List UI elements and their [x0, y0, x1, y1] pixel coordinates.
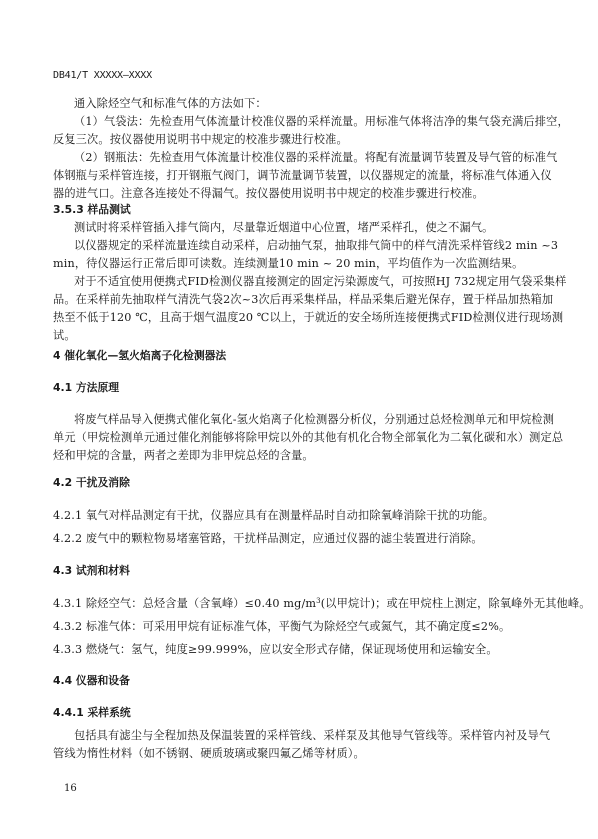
paragraph-line: 以仪器规定的采样流量连续自动采样，启动抽气泵，抽取排气筒中的样气清洗采样管线2 … — [74, 239, 550, 253]
paragraph-line: （1）气袋法：先检查用气体流量计校准仪器的采样流量。用标准气体将洁净的集气袋充满… — [74, 115, 550, 129]
document-id-header: DB41/T XXXXX—XXXX — [53, 70, 152, 81]
paragraph-line: 通入除烃空气和标准气体的方法如下： — [74, 97, 550, 111]
paragraph-line: 测试时将采样管插入排气筒内，尽量靠近烟道中心位置，堵严采样孔，使之不漏气。 — [74, 221, 550, 235]
paragraph-line: 将废气样品导入便携式催化氧化-氢火焰离子化检测器分析仪，分别通过总烃检测单元和甲… — [74, 413, 550, 427]
paragraph-line: 品。在采样前先抽取样气清洗气袋2次~3次后再采集样品，样品采集后避光保存，置于样… — [53, 293, 529, 307]
clause-4-2-2: 4.2.2 废气中的颗粒物易堵塞管路，干扰样品测定，应通过仪器的滤尘装置进行消除… — [53, 532, 529, 546]
paragraph-line: 体钢瓶与采样管连接，打开钢瓶气阀门，调节流量调节装置，以仪器规定的流量，将标准气… — [53, 169, 529, 183]
clause-4-3-3: 4.3.3 燃烧气：氢气，纯度≥99.999%，应以安全形式存储，保证现场使用和… — [53, 643, 529, 657]
paragraph-line: 管线为惰性材料（如不锈钢、硬质玻璃或聚四氟乙烯等材质）。 — [53, 747, 529, 761]
page-number: 16 — [64, 783, 77, 794]
paragraph-line: 反复三次。按仪器使用说明书中规定的校准步骤进行校准。 — [53, 133, 529, 147]
section-heading-3-5-3: 3.5.3 样品测试 — [53, 202, 131, 217]
section-heading-4-2: 4.2 干扰及消除 — [53, 475, 130, 490]
paragraph-line: 单元（甲烷检测单元通过催化剂能够将除甲烷以外的其他有机化合物全部氧化为二氧化碳和… — [53, 431, 529, 445]
clause-4-3-2: 4.3.2 标准气体：可采用甲烷有证标准气体，平衡气为除烃空气或氮气，其不确定度… — [53, 620, 529, 634]
section-heading-4-3: 4.3 试剂和材料 — [53, 563, 130, 578]
paragraph-line: 器的进气口。注意各连接处不得漏气。按仪器使用说明书中规定的校准步骤进行校准。 — [53, 187, 529, 201]
clause-4-2-1: 4.2.1 氧气对样品测定有干扰，仪器应具有在测量样品时自动扣除氧峰消除干扰的功… — [53, 509, 529, 523]
clause-4-3-1: 4.3.1 除烃空气：总烃含量（含氧峰）≤0.40 mg/m3(以甲烷计)；或在… — [53, 597, 529, 611]
clause-text: (以甲烷计)；或在甲烷柱上测定，除氧峰外无其他峰。 — [321, 597, 591, 610]
paragraph-line: 对于不适宜使用便携式FID检测仪器直接测定的固定污染源废气，可按照HJ 732规… — [74, 275, 550, 289]
paragraph-line: 包括具有滤尘与全程加热及保温装置的采样管线、采样泵及其他导气管线等。采样管内衬及… — [74, 729, 550, 743]
section-heading-4-4-1: 4.4.1 采样系统 — [53, 705, 131, 720]
paragraph-line: min，待仪器运行正常后即可读数。连续测量10 min ~ 20 min，平均值… — [53, 257, 529, 271]
paragraph-line: （2）钢瓶法：先检查用气体流量计校准仪器的采样流量。将配有流量调节装置及导气管的… — [74, 151, 550, 165]
section-heading-4-1: 4.1 方法原理 — [53, 380, 119, 395]
paragraph-line: 试。 — [53, 329, 529, 343]
chapter-heading-4: 4 催化氧化—氢火焰离子化检测器法 — [53, 348, 226, 363]
paragraph-line: 热至不低于120 ℃，且高于烟气温度20 ℃以上，于就近的安全场所连接便携式FI… — [53, 311, 529, 325]
clause-text: 4.3.1 除烃空气：总烃含量（含氧峰）≤0.40 mg/m — [53, 597, 316, 610]
paragraph-line: 烃和甲烷的含量，两者之差即为非甲烷总烃的含量。 — [53, 449, 529, 463]
section-heading-4-4: 4.4 仪器和设备 — [53, 673, 130, 688]
